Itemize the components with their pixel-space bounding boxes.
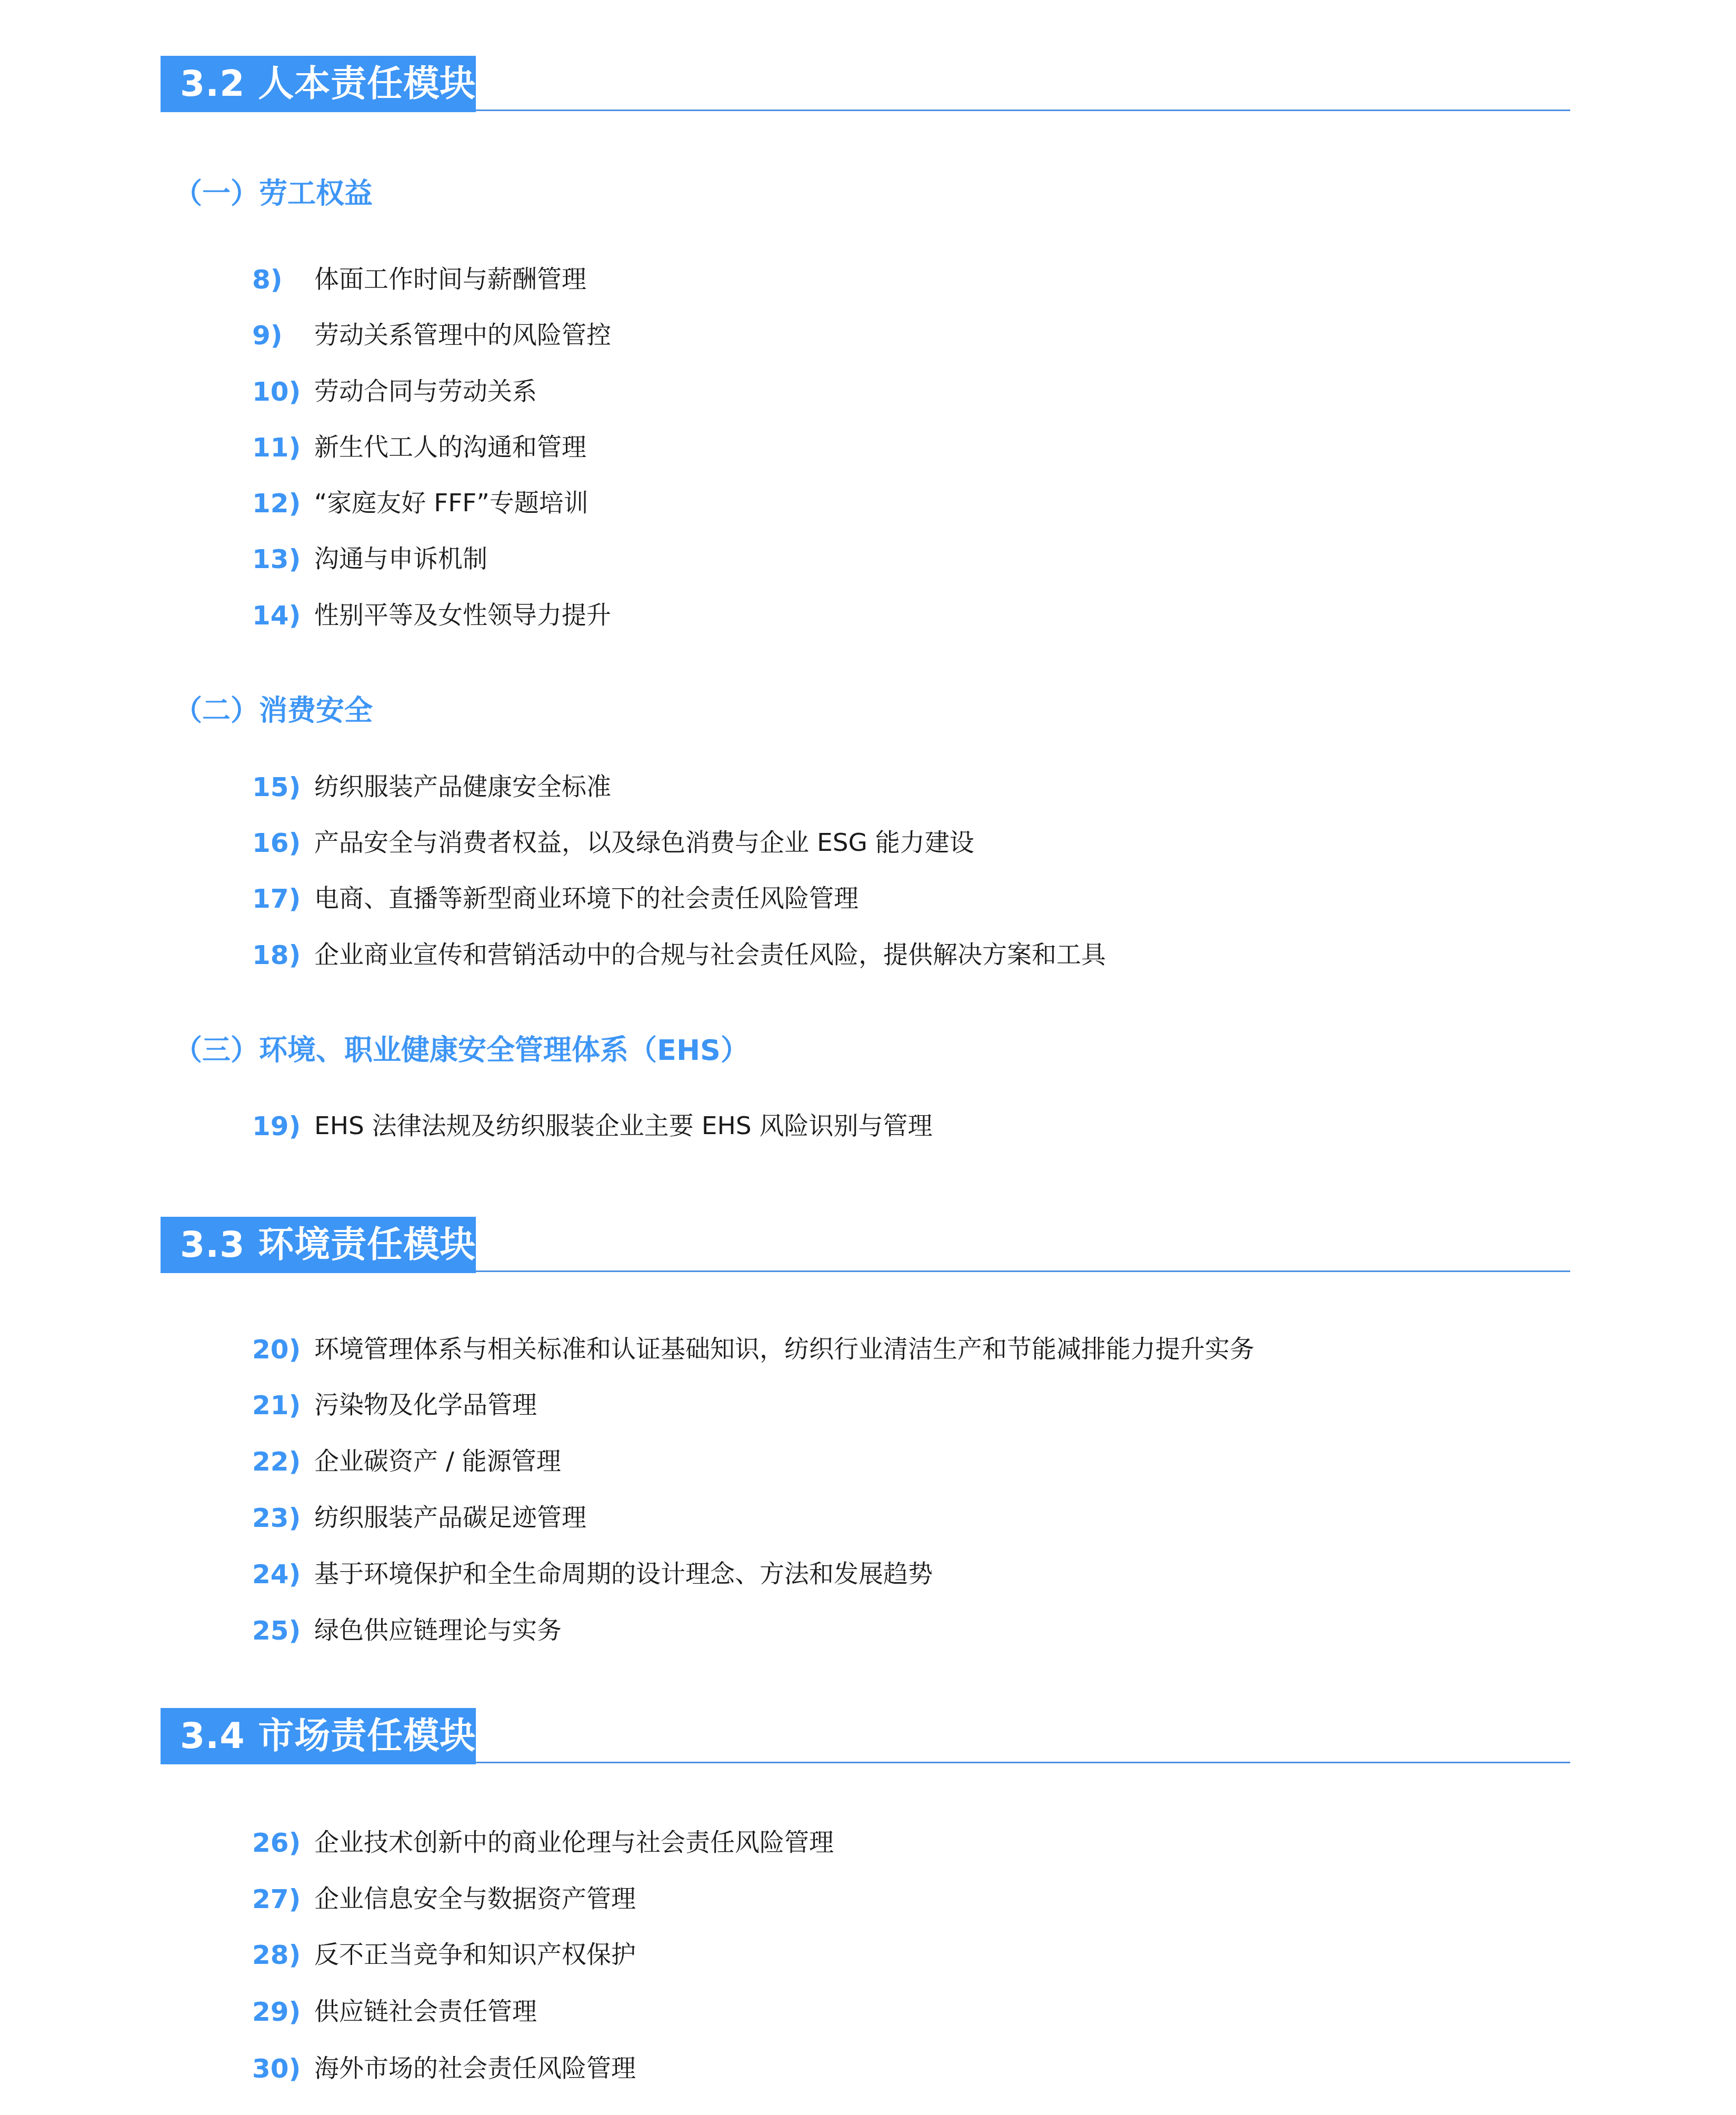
item-number: 23) <box>252 1503 301 1533</box>
section-divider <box>476 1762 1570 1763</box>
item-text: 供应链社会责任管理 <box>314 1997 537 2027</box>
section-header-3-2: 3.2 人本责任模块 <box>161 56 1570 112</box>
item-text: 污染物及化学品管理 <box>314 1391 537 1420</box>
subsection-title-ehs: （三）环境、职业健康安全管理体系（EHS） <box>174 1035 749 1066</box>
item-text: 环境管理体系与相关标准和认证基础知识，纺织行业清洁生产和节能减排能力提升实务 <box>314 1335 1254 1364</box>
subsection-title-labor-rights: （一）劳工权益 <box>174 178 373 210</box>
item-number: 12) <box>252 489 301 518</box>
item-number: 15) <box>252 772 301 802</box>
item-number: 10) <box>252 377 301 406</box>
item-number: 19) <box>252 1111 301 1141</box>
item-number: 9) <box>252 321 283 350</box>
item-text: 新生代工人的沟通和管理 <box>314 433 586 462</box>
item-number: 13) <box>252 544 301 574</box>
item-text: 纺织服装产品健康安全标准 <box>314 772 611 802</box>
item-number: 18) <box>252 940 301 970</box>
section-header-3-3: 3.3 环境责任模块 <box>161 1217 1570 1273</box>
item-number: 21) <box>252 1391 301 1420</box>
item-text: 产品安全与消费者权益，以及绿色消费与企业 ESG 能力建设 <box>314 828 974 858</box>
subsection-title-consumer-safety: （二）消费安全 <box>174 695 373 727</box>
item-text: 沟通与申诉机制 <box>314 544 487 574</box>
section-title: 3.3 环境责任模块 <box>161 1217 476 1273</box>
item-text: 反不正当竞争和知识产权保护 <box>314 1940 636 1970</box>
item-text: 企业商业宣传和营销活动中的合规与社会责任风险，提供解决方案和工具 <box>314 940 1106 970</box>
item-text: 企业技术创新中的商业伦理与社会责任风险管理 <box>314 1828 834 1858</box>
item-number: 24) <box>252 1560 301 1589</box>
item-text: 绿色供应链理论与实务 <box>314 1616 562 1645</box>
item-number: 22) <box>252 1447 301 1476</box>
item-number: 28) <box>252 1940 301 1970</box>
item-text: 海外市场的社会责任风险管理 <box>314 2054 636 2083</box>
item-number: 8) <box>252 265 283 294</box>
item-text: 纺织服装产品碳足迹管理 <box>314 1503 586 1533</box>
item-text: EHS 法律法规及纺织服装企业主要 EHS 风险识别与管理 <box>314 1111 933 1141</box>
item-number: 26) <box>252 1828 301 1858</box>
item-text: 电商、直播等新型商业环境下的社会责任风险管理 <box>314 884 859 913</box>
item-number: 14) <box>252 601 301 630</box>
section-title: 3.2 人本责任模块 <box>161 56 476 112</box>
section-title: 3.4 市场责任模块 <box>161 1708 476 1764</box>
item-number: 20) <box>252 1335 301 1364</box>
item-number: 30) <box>252 2054 301 2083</box>
item-number: 16) <box>252 828 301 858</box>
item-text: 基于环境保护和全生命周期的设计理念、方法和发展趋势 <box>314 1560 933 1589</box>
section-divider <box>476 1270 1570 1272</box>
section-divider <box>476 110 1570 111</box>
item-text: 企业碳资产 / 能源管理 <box>314 1447 561 1476</box>
item-number: 27) <box>252 1884 301 1914</box>
item-text: “家庭友好 FFF”专题培训 <box>314 489 588 518</box>
item-number: 17) <box>252 884 301 913</box>
item-text: 性别平等及女性领导力提升 <box>314 601 611 630</box>
item-number: 29) <box>252 1997 301 2027</box>
item-text: 企业信息安全与数据资产管理 <box>314 1884 636 1914</box>
item-text: 劳动合同与劳动关系 <box>314 377 537 406</box>
item-number: 25) <box>252 1616 301 1645</box>
item-number: 11) <box>252 433 301 462</box>
item-text: 体面工作时间与薪酬管理 <box>314 265 586 294</box>
item-text: 劳动关系管理中的风险管控 <box>314 321 611 350</box>
section-header-3-4: 3.4 市场责任模块 <box>161 1708 1570 1764</box>
